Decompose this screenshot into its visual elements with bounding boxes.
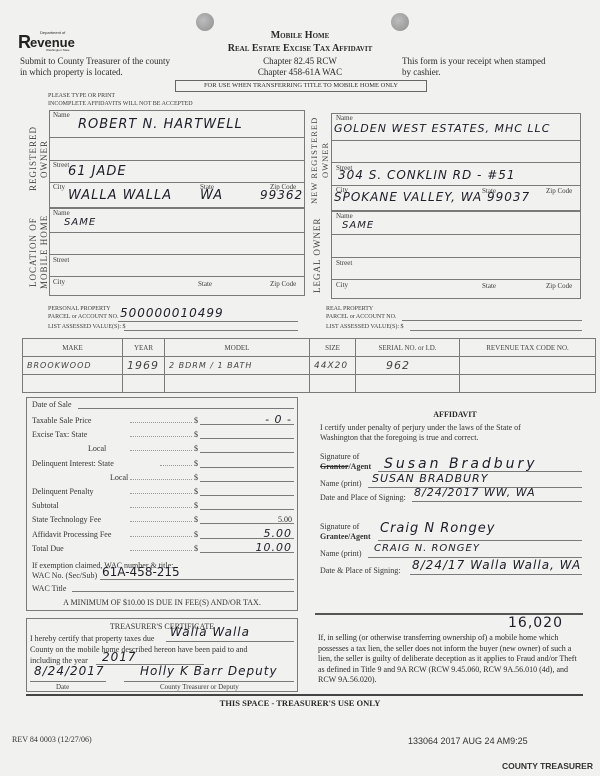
treasurer-cert-line1: I hereby certify that property taxes due [30,634,154,643]
real-parcel-label: PARCEL or ACCOUNT NO. [326,314,396,320]
grantor-signature[interactable]: Susan Bradbury [384,456,538,472]
type-or-print-note: PLEASE TYPE OR PRINT [48,93,115,99]
grantor-name[interactable]: SUSAN BRADBURY [372,472,488,485]
cell-revenue-tax-code[interactable] [460,357,596,375]
tax-row-amount-field[interactable] [200,472,294,482]
new-owner-city-state-zip[interactable]: Spokane Valley, WA 99037 [334,190,530,204]
tax-row-label: Taxable Sale Price [32,416,91,425]
treasurer-cert-date-label: Date [56,683,69,691]
wac-no-field[interactable]: 61A-458-215 [102,565,180,579]
location-state-label: State [198,280,212,288]
wac-title-field[interactable] [72,582,294,592]
usage-banner: FOR USE WHEN TRANSFERRING TITLE TO MOBIL… [175,80,427,92]
currency-symbol: $ [194,515,198,524]
leader-dots [130,436,192,437]
punch-hole-right [391,13,409,31]
tax-row-label: Delinquent Interest: State [32,459,114,468]
form-title-line1: Mobile Home [200,30,400,41]
header-serial: SERIAL NO. or I.D. [356,339,460,357]
personal-parcel-label: PARCEL or ACCOUNT NO. [48,314,118,320]
personal-assessed-value-field[interactable] [124,322,298,331]
new-registered-owner-section-label: NEW REGISTEREDOWNER [309,110,333,210]
currency-symbol: $ [194,544,198,553]
legal-owner-name[interactable]: Same [342,220,374,231]
wac-no-label: WAC No. (Sec/Sub) [32,571,97,580]
form-number: REV 84 0003 (12/27/06) [12,735,92,744]
location-zip-label: Zip Code [270,280,296,288]
cell-model[interactable]: 2 Bdrm / 1 Bath [165,357,310,375]
currency-symbol: $ [194,501,198,510]
treasurer-signature[interactable]: Holly K Barr Deputy [140,664,278,678]
legal-owner-name-label: Name [336,212,353,220]
leader-dots [130,536,192,537]
registered-owner-name-label: Name [53,111,70,119]
cell-serial[interactable]: 962 [356,357,460,375]
punch-hole-left [196,13,214,31]
tax-row-amount: 5.00 [200,527,292,540]
legal-owner-city-label: City [336,281,348,289]
currency-symbol: $ [194,530,198,539]
registered-owner-state[interactable]: WA [200,188,223,203]
location-street-label: Street [53,256,69,264]
currency-symbol: $ [194,416,198,425]
grantor-signature-label: Signature of [320,452,359,461]
cell-model[interactable] [165,375,310,393]
legal-owner-street-label: Street [336,259,352,267]
new-owner-name[interactable]: Golden West Estates, MHC LLC [334,122,550,135]
registered-owner-city[interactable]: Walla Walla [68,188,172,203]
grantee-signature[interactable]: Craig N Rongey [380,521,495,536]
table-row [23,375,596,393]
cell-size[interactable]: 44X20 [310,357,356,375]
leader-dots [130,521,192,522]
grantor-date-label: Date and Place of Signing: [320,493,406,502]
treasurer-certificate-title: TREASURER'S CERTIFICATE [26,622,298,631]
legal-owner-section-label: LEGAL OWNER [312,211,330,299]
treasurer-cert-year[interactable]: 2017 [102,650,137,664]
personal-parcel-account-no[interactable]: 500000010499 [120,306,224,320]
tax-row-amount: 10.00 [200,541,292,554]
header-year: YEAR [123,339,165,357]
treasurer-use-only-banner: THIS SPACE - TREASURER'S USE ONLY [0,698,600,708]
cell-size[interactable] [310,375,356,393]
tax-row-amount-field[interactable] [200,458,294,468]
currency-symbol: $ [194,473,198,482]
chapter-wac: Chapter 458-61A WAC [240,67,360,77]
registered-owner-name[interactable]: Robert N. Hartwell [78,117,243,132]
leader-dots [130,422,192,423]
table-row: Brookwood 1969 2 Bdrm / 1 Bath 44X20 962 [23,357,596,375]
leader-dots [130,507,192,508]
header-size: SIZE [310,339,356,357]
affidavit-form-page: R Department of evenue Washington State … [0,0,600,776]
tax-row-label: Total Due [32,544,64,553]
affidavit-statement-line2: Washington that the foregoing is true an… [320,433,478,442]
cell-make[interactable]: Brookwood [23,357,123,375]
new-owner-name-label: Name [336,114,353,122]
legal-owner-state-label: State [482,282,496,290]
real-assessed-label: LIST ASSESSED VALUE(S): $ [326,324,404,330]
location-name-label: Name [53,209,70,217]
location-name[interactable]: Same [64,217,96,228]
wac-title-label: WAC Title [32,584,66,593]
header-make: MAKE [23,339,123,357]
mobile-home-table: MAKE YEAR MODEL SIZE SERIAL NO. or I.D. … [22,338,596,393]
grantee-name-label: Name (print) [320,549,362,558]
date-of-sale-field[interactable] [78,399,294,409]
date-of-sale-label: Date of Sale [32,400,72,409]
tax-row-label: Subtotal [32,501,59,510]
real-property-label: REAL PROPERTY [326,306,373,312]
form-title-line2: Real Estate Excise Tax Affidavit [180,43,420,54]
registered-owner-city-label: City [53,183,65,191]
affidavit-title: AFFIDAVIT [310,410,600,419]
grantee-date-place[interactable]: 8/24/17 Walla Walla, WA [412,558,581,572]
treasurer-cert-line2: County on the mobile home described here… [30,645,248,654]
affidavit-statement-line1: I certify under penalty of perjury under… [320,423,521,432]
tax-row-label: Delinquent Penalty [32,487,94,496]
tax-row-amount-field[interactable] [200,500,294,510]
leader-dots [130,450,192,451]
grantor-date-place[interactable]: 8/24/2017 WW, WA [414,486,536,499]
grantee-agent-label: Grantee/Agent [320,532,371,541]
tax-row-label: Excise Tax: State [32,430,87,439]
currency-symbol: $ [194,444,198,453]
grantee-date-label: Date & Place of Signing: [320,566,400,575]
treasurer-signature-label: County Treasurer or Deputy [160,683,239,691]
table-header-row: MAKE YEAR MODEL SIZE SERIAL NO. or I.D. … [23,339,596,357]
currency-symbol: $ [194,487,198,496]
registered-owner-street[interactable]: 61 Jade [68,164,127,179]
leader-dots [160,465,192,466]
tax-row-label: Affidavit Processing Fee [32,530,111,539]
incomplete-note: INCOMPLETE AFFIDAVITS WILL NOT BE ACCEPT… [48,101,193,107]
cell-serial[interactable] [356,375,460,393]
new-owner-zip-label: Zip Code [546,187,572,195]
tax-row-amount-field[interactable] [200,443,294,453]
treasurer-cert-county[interactable]: Walla Walla [170,625,250,639]
grantee-name[interactable]: CRAIG N. RONGEY [374,543,480,554]
county-treasurer-stamp: COUNTY TREASURER [502,761,593,771]
cell-revenue-tax-code[interactable] [460,375,596,393]
grantee-signature-label: Signature of [320,522,359,531]
currency-symbol: $ [194,459,198,468]
header-model: MODEL [165,339,310,357]
tax-row-label: Local [88,444,106,453]
personal-assessed-label: LIST ASSESSED VALUE(S): $ [48,324,126,330]
registered-owner-zip[interactable]: 99362 [260,188,303,202]
grantor-name-label: Name (print) [320,479,362,488]
receipt-stamp: 133064 2017 AUG 24 AM9:25 [408,736,528,746]
tax-row-amount: 5.00 [200,515,292,524]
tax-row-amount-field[interactable] [200,486,294,496]
submit-note-line1: Submit to County Treasurer of the county [20,56,170,66]
leader-dots [130,493,192,494]
tax-row-amount: - 0 - [200,413,292,426]
chapter-rcw: Chapter 82.45 RCW [240,56,360,66]
new-owner-street[interactable]: 304 S. Conklin Rd - #51 [338,168,516,182]
submit-note-line2: in which property is located. [20,67,123,77]
location-city-label: City [53,278,65,286]
fraud-notice: If, in selling (or otherwise transferrin… [318,633,584,686]
tax-row-label: State Technology Fee [32,515,101,524]
cell-year[interactable] [123,375,165,393]
tax-row-label: Local [110,473,128,482]
real-assessed-value-field[interactable] [410,322,582,331]
real-parcel-account-field[interactable] [402,312,582,321]
leader-dots [130,479,192,480]
grantor-agent-label: Grantor/Agent [320,462,371,471]
logo-state-text: Washington State [46,48,70,52]
treasurer-cert-date[interactable]: 8/24/2017 [34,664,105,678]
cell-year[interactable]: 1969 [123,357,165,375]
leader-dots [130,550,192,551]
tax-row-amount-field[interactable] [200,429,294,439]
cell-make[interactable] [23,375,123,393]
revenue-logo: R Department of evenue Washington State [18,30,88,52]
header-revenue-tax-code: REVENUE TAX CODE NO. [460,339,596,357]
legal-owner-zip-label: Zip Code [546,282,572,290]
registered-owner-street-label: Street [53,161,69,169]
minimum-due-note: A MINIMUM OF $10.00 IS DUE IN FEE(S) AND… [26,598,298,607]
personal-property-label: PERSONAL PROPERTY [48,306,111,312]
handwritten-note: 16,020 [508,615,563,631]
receipt-note-line2: by cashier. [402,67,441,77]
currency-symbol: $ [194,430,198,439]
receipt-note-line1: This form is your receipt when stamped [402,56,545,66]
